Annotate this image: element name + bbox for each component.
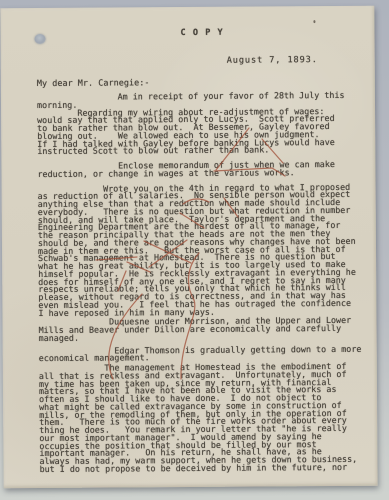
staple-hole	[35, 34, 46, 44]
ink-speck	[313, 20, 315, 23]
letter-paragraph: The management at Homestead is the embod…	[39, 363, 372, 474]
scanned-letter-screenshot: { "letter": { "copy_label": "C O P Y", "…	[0, 0, 389, 500]
letter-paragraph: Regarding my wiring about re-adjustment …	[37, 107, 369, 156]
letter-body: Am in receipt of your favor of 28th July…	[37, 92, 372, 474]
letter-paper: C O P Y August 7, 1893. My dear Mr. Carn…	[0, 6, 377, 489]
letter-paragraph: Enclose memorandum of just when we can m…	[37, 161, 369, 179]
letter-paragraph: Wrote you on the 4th in regard to what I…	[38, 183, 371, 317]
letter-salutation: My dear Mr. Carnegie:-	[37, 78, 150, 89]
copy-label: C O P Y	[180, 28, 223, 38]
letter-date: August 7, 1893.	[227, 55, 318, 66]
letter-paragraph: Duquesne under Morrison, and the Upper a…	[39, 317, 371, 343]
